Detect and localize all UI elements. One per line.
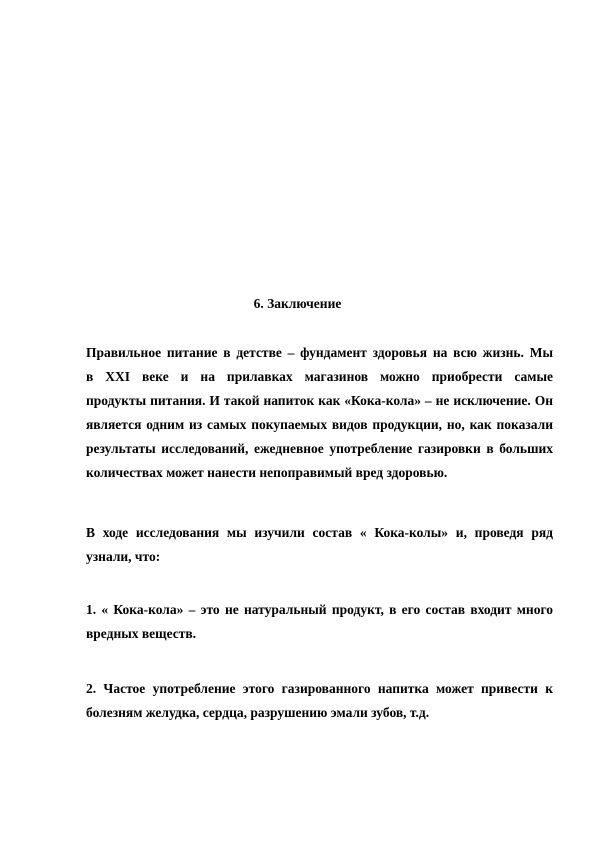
text-line: результаты исследований, ежедневное упот… [86,437,553,461]
text-line: болезням желудка, сердца, разрушению эма… [86,701,553,725]
text-line: узнали, что: [86,545,553,569]
section-heading-text: 6. Заключение [254,296,342,312]
text-line: 2. Частое употребление этого газированно… [86,677,553,701]
text-line: В ходе исследования мы изучили состав « … [86,521,553,545]
text-line: 1. « Кока-кола» – это не натуральный про… [86,598,553,622]
text-line: вредных веществ. [86,622,553,646]
text-line: является одним из самых покупаемых видов… [86,413,553,437]
section-heading: 6. Заключение [0,296,595,312]
text-line: Правильное питание в детстве – фундамент… [86,341,553,365]
text-line: количествах может нанести непоправимый в… [86,461,553,485]
conclusion-item-1: 1. « Кока-кола» – это не натуральный про… [86,598,553,646]
text-line: продукты питания. И такой напиток как «К… [86,389,553,413]
text-line: в XXI веке и на прилавках магазинов можн… [86,365,553,389]
conclusion-item-2: 2. Частое употребление этого газированно… [86,677,553,725]
paragraph-intro: Правильное питание в детстве – фундамент… [86,341,553,485]
paragraph-research: В ходе исследования мы изучили состав « … [86,521,553,569]
document-page: 6. Заключение Правильное питание в детст… [0,0,595,842]
